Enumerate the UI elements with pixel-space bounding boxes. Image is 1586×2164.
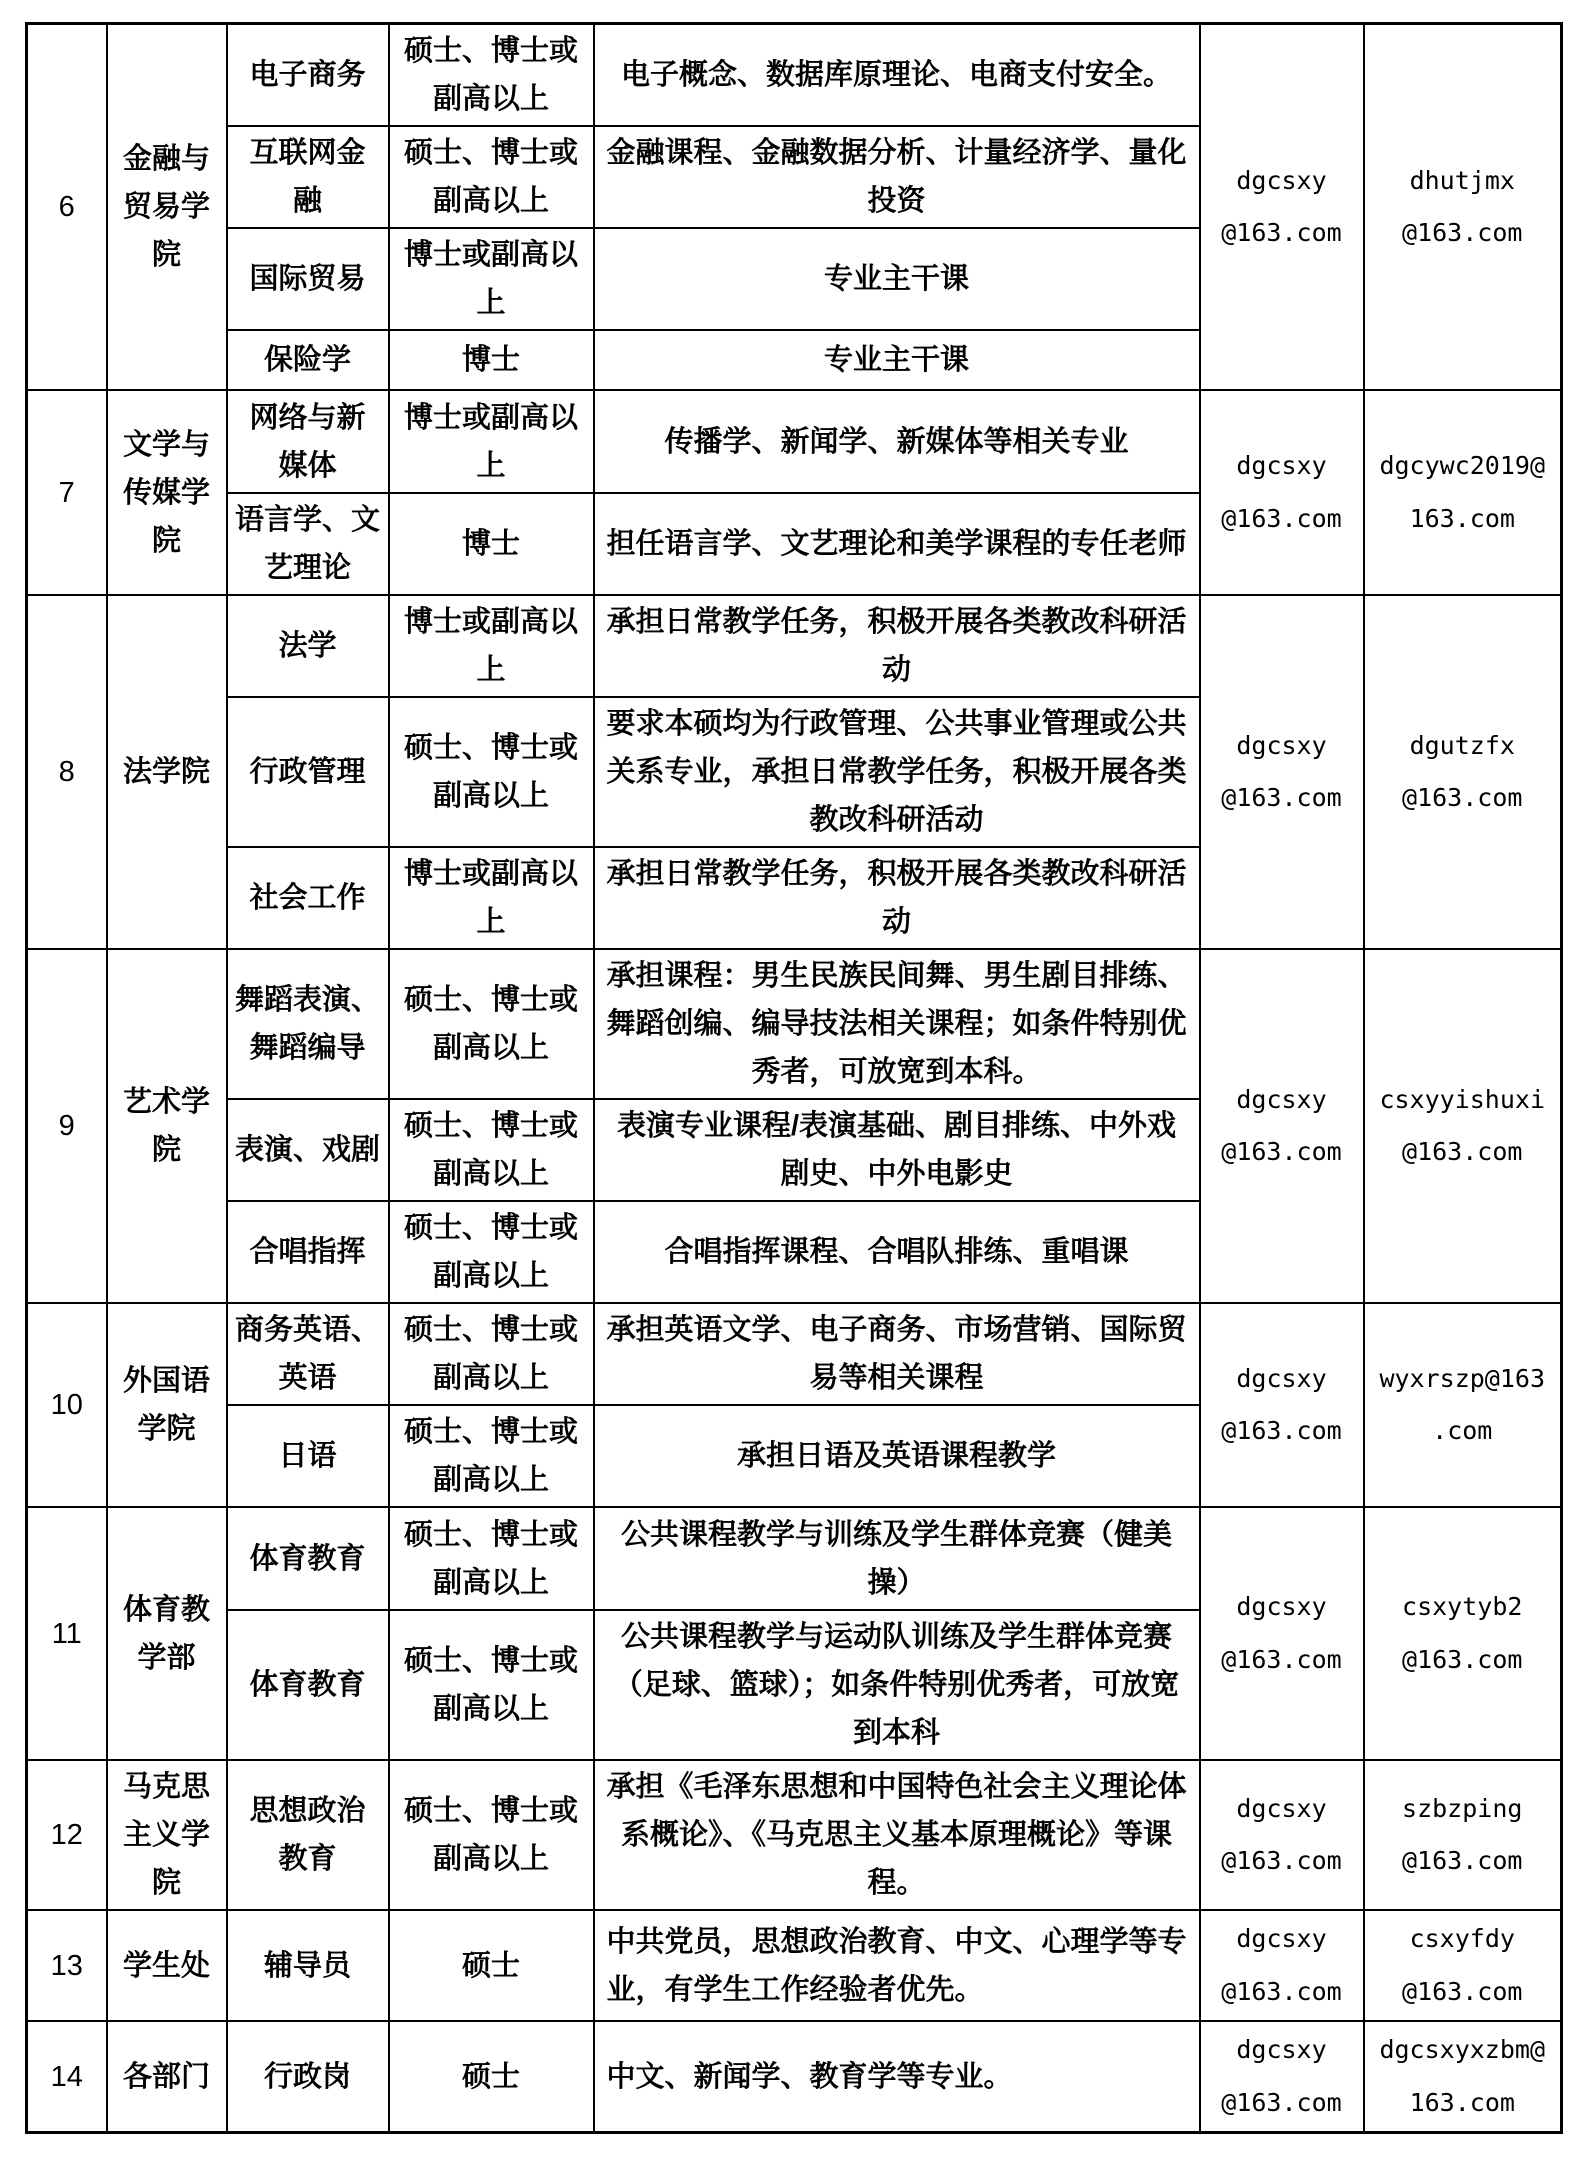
degree-cell: 硕士、博士或 副高以上	[389, 1760, 594, 1910]
degree-cell: 博士或副高以 上	[389, 390, 594, 493]
requirement-cell: 公共课程教学与运动队训练及学生群体竞赛 （足球、篮球）；如条件特别优秀者，可放宽…	[594, 1610, 1200, 1760]
requirement-cell: 承担英语文学、电子商务、市场营销、国际贸 易等相关课程	[594, 1303, 1200, 1405]
position-cell: 辅导员	[227, 1910, 389, 2021]
department-email-cell: csxytyb2 @163.com	[1364, 1507, 1562, 1760]
department-email-cell: csxyfdy @163.com	[1364, 1910, 1562, 2021]
position-cell: 舞蹈表演、 舞蹈编导	[227, 949, 389, 1099]
requirement-cell: 承担日常教学任务，积极开展各类教改科研活 动	[594, 847, 1200, 949]
degree-cell: 硕士、博士或 副高以上	[389, 1303, 594, 1405]
position-cell: 保险学	[227, 330, 389, 390]
degree-cell: 博士或副高以 上	[389, 847, 594, 949]
college-cell: 外国语 学院	[107, 1303, 227, 1507]
row-number-cell: 11	[27, 1507, 107, 1760]
requirement-cell: 专业主干课	[594, 228, 1200, 330]
position-cell: 国际贸易	[227, 228, 389, 330]
position-cell: 行政岗	[227, 2021, 389, 2133]
position-cell: 社会工作	[227, 847, 389, 949]
department-email-cell: dgcywc2019@ 163.com	[1364, 390, 1562, 595]
requirement-cell: 公共课程教学与训练及学生群体竞赛（健美 操）	[594, 1507, 1200, 1610]
college-cell: 学生处	[107, 1910, 227, 2021]
degree-cell: 硕士	[389, 2021, 594, 2133]
table-row: 13 学生处 辅导员 硕士 中共党员，思想政治教育、中文、心理学等专 业，有学生…	[27, 1910, 1562, 2021]
requirement-cell: 承担《毛泽东思想和中国特色社会主义理论体 系概论》、《马克思主义基本原理概论》等…	[594, 1760, 1200, 1910]
requirement-cell: 中共党员，思想政治教育、中文、心理学等专 业，有学生工作经验者优先。	[594, 1910, 1200, 2021]
row-number-cell: 6	[27, 24, 107, 391]
table-row: 9 艺术学 院 舞蹈表演、 舞蹈编导 硕士、博士或 副高以上 承担课程：男生民族…	[27, 949, 1562, 1099]
table-row: 14 各部门 行政岗 硕士 中文、新闻学、教育学等专业。 dgcsxy @163…	[27, 2021, 1562, 2133]
contact-email-cell: dgcsxy @163.com	[1200, 1507, 1364, 1760]
position-cell: 思想政治 教育	[227, 1760, 389, 1910]
position-cell: 商务英语、 英语	[227, 1303, 389, 1405]
position-cell: 合唱指挥	[227, 1201, 389, 1303]
contact-email-cell: dgcsxy @163.com	[1200, 595, 1364, 949]
college-cell: 各部门	[107, 2021, 227, 2133]
degree-cell: 硕士、博士或 副高以上	[389, 1610, 594, 1760]
contact-email-cell: dgcsxy @163.com	[1200, 390, 1364, 595]
department-email-cell: szbzping @163.com	[1364, 1760, 1562, 1910]
requirement-cell: 专业主干课	[594, 330, 1200, 390]
requirement-cell: 金融课程、金融数据分析、计量经济学、量化 投资	[594, 126, 1200, 228]
row-number-cell: 8	[27, 595, 107, 949]
position-cell: 语言学、文 艺理论	[227, 493, 389, 595]
degree-cell: 硕士、博士或 副高以上	[389, 1405, 594, 1507]
degree-cell: 博士	[389, 330, 594, 390]
table-row: 10 外国语 学院 商务英语、 英语 硕士、博士或 副高以上 承担英语文学、电子…	[27, 1303, 1562, 1405]
requirement-cell: 承担课程：男生民族民间舞、男生剧目排练、 舞蹈创编、编导技法相关课程；如条件特别…	[594, 949, 1200, 1099]
degree-cell: 硕士、博士或 副高以上	[389, 1201, 594, 1303]
position-cell: 电子商务	[227, 24, 389, 127]
position-cell: 体育教育	[227, 1610, 389, 1760]
row-number-cell: 13	[27, 1910, 107, 2021]
row-number-cell: 14	[27, 2021, 107, 2133]
requirement-cell: 承担日常教学任务，积极开展各类教改科研活 动	[594, 595, 1200, 697]
degree-cell: 硕士	[389, 1910, 594, 2021]
department-email-cell: wyxrszp@163 .com	[1364, 1303, 1562, 1507]
requirement-cell: 承担日语及英语课程教学	[594, 1405, 1200, 1507]
row-number-cell: 12	[27, 1760, 107, 1910]
row-number-cell: 7	[27, 390, 107, 595]
requirement-cell: 合唱指挥课程、合唱队排练、重唱课	[594, 1201, 1200, 1303]
row-number-cell: 10	[27, 1303, 107, 1507]
contact-email-cell: dgcsxy @163.com	[1200, 1303, 1364, 1507]
table-row: 6 金融与 贸易学 院 电子商务 硕士、博士或 副高以上 电子概念、数据库原理论…	[27, 24, 1562, 127]
position-cell: 行政管理	[227, 697, 389, 847]
college-cell: 法学院	[107, 595, 227, 949]
requirement-cell: 担任语言学、文艺理论和美学课程的专任老师	[594, 493, 1200, 595]
contact-email-cell: dgcsxy @163.com	[1200, 1910, 1364, 2021]
table-row: 7 文学与 传媒学 院 网络与新 媒体 博士或副高以 上 传播学、新闻学、新媒体…	[27, 390, 1562, 493]
position-cell: 互联网金 融	[227, 126, 389, 228]
row-number-cell: 9	[27, 949, 107, 1303]
requirement-cell: 表演专业课程/表演基础、剧目排练、中外戏 剧史、中外电影史	[594, 1099, 1200, 1201]
requirement-cell: 电子概念、数据库原理论、电商支付安全。	[594, 24, 1200, 127]
degree-cell: 硕士、博士或 副高以上	[389, 1099, 594, 1201]
recruitment-table: 6 金融与 贸易学 院 电子商务 硕士、博士或 副高以上 电子概念、数据库原理论…	[25, 22, 1563, 2134]
degree-cell: 硕士、博士或 副高以上	[389, 24, 594, 127]
table-row: 12 马克思 主义学 院 思想政治 教育 硕士、博士或 副高以上 承担《毛泽东思…	[27, 1760, 1562, 1910]
college-cell: 金融与 贸易学 院	[107, 24, 227, 391]
table-row: 8 法学院 法学 博士或副高以 上 承担日常教学任务，积极开展各类教改科研活 动…	[27, 595, 1562, 697]
college-cell: 马克思 主义学 院	[107, 1760, 227, 1910]
position-cell: 体育教育	[227, 1507, 389, 1610]
degree-cell: 硕士、博士或 副高以上	[389, 949, 594, 1099]
degree-cell: 硕士、博士或 副高以上	[389, 1507, 594, 1610]
degree-cell: 硕士、博士或 副高以上	[389, 697, 594, 847]
contact-email-cell: dgcsxy @163.com	[1200, 2021, 1364, 2133]
requirement-cell: 传播学、新闻学、新媒体等相关专业	[594, 390, 1200, 493]
degree-cell: 硕士、博士或 副高以上	[389, 126, 594, 228]
degree-cell: 博士	[389, 493, 594, 595]
department-email-cell: dgcsxyxzbm@ 163.com	[1364, 2021, 1562, 2133]
contact-email-cell: dgcsxy @163.com	[1200, 1760, 1364, 1910]
position-cell: 表演、戏剧	[227, 1099, 389, 1201]
college-cell: 艺术学 院	[107, 949, 227, 1303]
college-cell: 文学与 传媒学 院	[107, 390, 227, 595]
degree-cell: 博士或副高以 上	[389, 595, 594, 697]
contact-email-cell: dgcsxy @163.com	[1200, 949, 1364, 1303]
department-email-cell: csxyyishuxi @163.com	[1364, 949, 1562, 1303]
requirement-cell: 要求本硕均为行政管理、公共事业管理或公共 关系专业，承担日常教学任务，积极开展各…	[594, 697, 1200, 847]
college-cell: 体育教 学部	[107, 1507, 227, 1760]
table-row: 11 体育教 学部 体育教育 硕士、博士或 副高以上 公共课程教学与训练及学生群…	[27, 1507, 1562, 1610]
position-cell: 网络与新 媒体	[227, 390, 389, 493]
position-cell: 日语	[227, 1405, 389, 1507]
department-email-cell: dgutzfx @163.com	[1364, 595, 1562, 949]
department-email-cell: dhutjmx @163.com	[1364, 24, 1562, 391]
requirement-cell: 中文、新闻学、教育学等专业。	[594, 2021, 1200, 2133]
document-page: 6 金融与 贸易学 院 电子商务 硕士、博士或 副高以上 电子概念、数据库原理论…	[0, 0, 1586, 2164]
contact-email-cell: dgcsxy @163.com	[1200, 24, 1364, 391]
position-cell: 法学	[227, 595, 389, 697]
degree-cell: 博士或副高以 上	[389, 228, 594, 330]
